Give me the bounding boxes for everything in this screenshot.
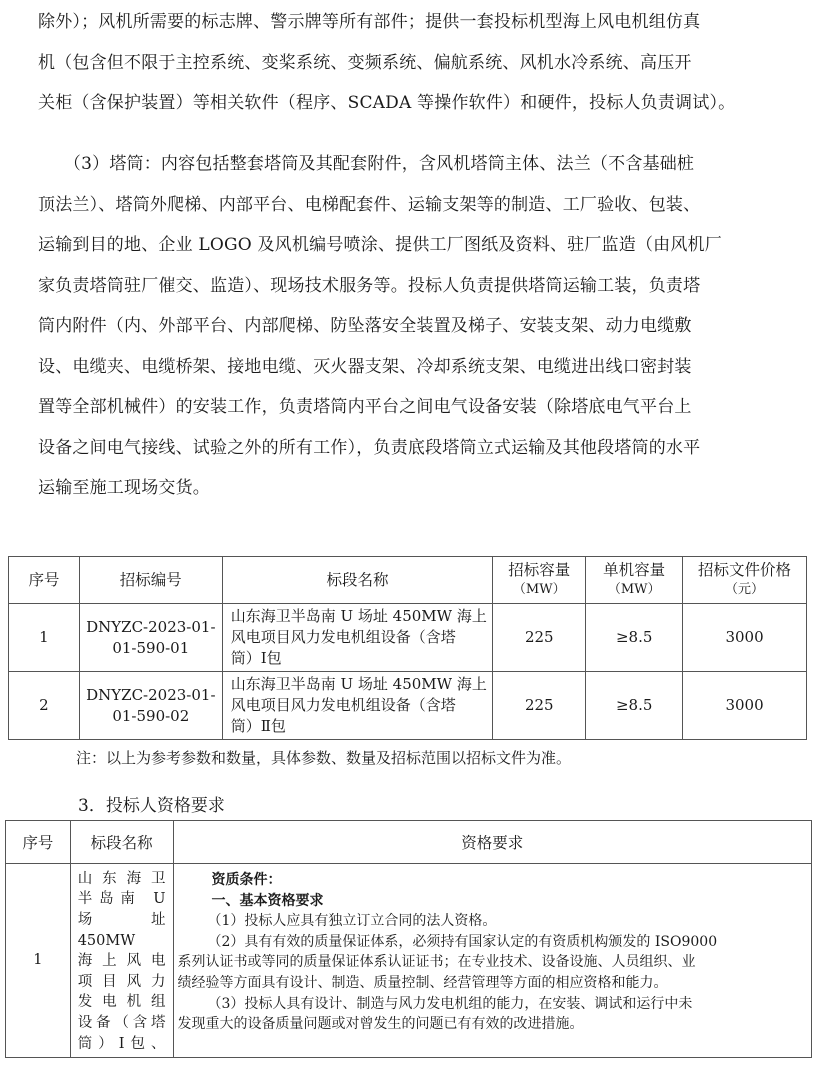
cell-price: 3000	[683, 604, 807, 672]
segment-line: 筒）Ⅰ包、	[78, 1034, 166, 1055]
header-unit: （元）	[683, 580, 806, 600]
header-index: 序号	[6, 821, 71, 864]
name-line: 风电项目风力发电机组设备（含塔	[231, 696, 456, 714]
header-label: 招标文件价格	[698, 561, 791, 579]
req-item-2-cont: 绩经验等方面具有设计、制造、质量控制、经营管理等方面的相应资格和能力。	[178, 973, 807, 994]
table-note: 注：以上为参考参数和数量，具体参数、数量及招标范围以招标文件为准。	[76, 748, 571, 768]
header-lot-name: 标段名称	[70, 821, 173, 864]
table-header-row: 序号 标段名称 资格要求	[6, 821, 812, 864]
header-label: 单机容量	[603, 561, 665, 579]
text-line: 家负责塔筒驻厂催交、监造）、现场技术服务等。投标人负责提供塔筒运输工装，负责塔	[38, 266, 783, 307]
cell-code: DNYZC-2023-01-01-590-02	[79, 672, 222, 740]
section-heading: 3．投标人资格要求	[78, 794, 225, 818]
text-line: 关柜（含保护装置）等相关软件（程序、SCADA 等操作软件）和硬件，投标人负责调…	[38, 83, 783, 124]
name-line: 山东海卫半岛南 U 场址 450MW 海上	[231, 675, 487, 693]
header-unit: （MW）	[586, 580, 682, 600]
text-line: 运输到目的地、企业 LOGO 及风机编号喷涂、提供工厂图纸及资料、驻厂监造（由风…	[38, 225, 783, 266]
text-line: 顶法兰）、塔筒外爬梯、内部平台、电梯配套件、运输支架等的制造、工厂验收、包装、	[38, 185, 783, 226]
text-line: （3）塔筒：内容包括整套塔筒及其配套附件，含风机塔筒主体、法兰（不含基础桩	[38, 144, 783, 185]
segment-line: 设备（含塔	[78, 1013, 166, 1034]
cell-unit-capacity: ≥8.5	[586, 672, 683, 740]
segment-line: 山东海卫	[78, 869, 166, 890]
cell-price: 3000	[683, 672, 807, 740]
qualification-table: 序号 标段名称 资格要求 1 山东海卫 半岛南 U 场址 450MW 海上风电 …	[5, 820, 812, 1058]
text-line: 除外）；风机所需要的标志牌、警示牌等所有部件；提供一套投标机型海上风电机组仿真	[38, 2, 783, 43]
name-line: 筒）Ⅰ包	[231, 649, 282, 667]
code-line: DNYZC-2023-01-	[86, 686, 215, 704]
header-requirements: 资格要求	[173, 821, 811, 864]
header-unit: （MW）	[493, 580, 585, 600]
cell-index: 1	[9, 604, 80, 672]
req-item-1: （1）投标人应具有独立订立合同的法人资格。	[178, 911, 807, 932]
name-line: 筒）Ⅱ包	[231, 717, 286, 735]
segment-line: 发电机组	[78, 992, 166, 1013]
text-line: 机（包含但不限于主控系统、变桨系统、变频系统、偏航系统、风机水冷系统、高压开	[38, 43, 783, 84]
text-line: 筒内附件（内、外部平台、内部爬梯、防坠落安全装置及梯子、安装支架、动力电缆敷	[38, 306, 783, 347]
table-row: 1 DNYZC-2023-01-01-590-01 山东海卫半岛南 U 场址 4…	[9, 604, 807, 672]
cell-requirements: 资质条件： 一、基本资格要求 （1）投标人应具有独立订立合同的法人资格。 （2）…	[173, 864, 811, 1058]
cell-code: DNYZC-2023-01-01-590-01	[79, 604, 222, 672]
header-lot-name: 标段名称	[222, 557, 493, 604]
header-code: 招标编号	[79, 557, 222, 604]
bid-lots-table: 序号 招标编号 标段名称 招标容量（MW） 单机容量（MW） 招标文件价格（元）…	[8, 556, 807, 740]
table-header-row: 序号 招标编号 标段名称 招标容量（MW） 单机容量（MW） 招标文件价格（元）	[9, 557, 807, 604]
header-label: 标段名称	[327, 571, 389, 589]
header-price: 招标文件价格（元）	[683, 557, 807, 604]
name-line: 风电项目风力发电机组设备（含塔	[231, 628, 456, 646]
req-item-3: （3）投标人具有设计、制造与风力发电机组的能力，在安装、调试和运行中未	[178, 994, 807, 1015]
header-capacity: 招标容量（MW）	[493, 557, 586, 604]
header-label: 序号	[28, 571, 59, 589]
table-row: 1 山东海卫 半岛南 U 场址 450MW 海上风电 项目风力 发电机组 设备（…	[6, 864, 812, 1058]
req-title: 资质条件：	[178, 870, 807, 891]
header-index: 序号	[9, 557, 80, 604]
segment-line: 海上风电	[78, 951, 166, 972]
table-row: 2 DNYZC-2023-01-01-590-02 山东海卫半岛南 U 场址 4…	[9, 672, 807, 740]
cell-lot-name: 山东海卫半岛南 U 场址 450MW 海上风电项目风力发电机组设备（含塔筒）Ⅱ包	[222, 672, 493, 740]
code-line: 01-590-01	[112, 639, 189, 657]
cell-index: 1	[6, 864, 71, 1058]
cell-lot-name: 山东海卫 半岛南 U 场址 450MW 海上风电 项目风力 发电机组 设备（含塔…	[70, 864, 173, 1058]
segment-line: 半岛南 U	[78, 889, 166, 910]
text-line: 运输至施工现场交货。	[38, 468, 783, 509]
cell-lot-name: 山东海卫半岛南 U 场址 450MW 海上风电项目风力发电机组设备（含塔筒）Ⅰ包	[222, 604, 493, 672]
req-item-3-cont: 发现重大的设备质量问题或对曾发生的问题已有有效的改进措施。	[178, 1014, 807, 1035]
cell-capacity: 225	[493, 604, 586, 672]
req-item-2-cont: 系列认证书或等同的质量保证体系认证证书；在专业技术、设备设施、人员组织、业	[178, 952, 807, 973]
code-line: DNYZC-2023-01-	[86, 618, 215, 636]
paragraph-scope-continued: 除外）；风机所需要的标志牌、警示牌等所有部件；提供一套投标机型海上风电机组仿真 …	[38, 2, 783, 124]
header-unit-capacity: 单机容量（MW）	[586, 557, 683, 604]
text-line: 设、电缆夹、电缆桥架、接地电缆、灭火器支架、冷却系统支架、电缆进出线口密封装	[38, 347, 783, 388]
segment-line: 场址 450MW	[78, 910, 166, 951]
text-line: 置等全部机械件）的安装工作，负责塔筒内平台之间电气设备安装（除塔底电气平台上	[38, 387, 783, 428]
req-item-2: （2）具有有效的质量保证体系，必须持有国家认定的有资质机构颁发的 ISO9000	[178, 932, 807, 953]
cell-unit-capacity: ≥8.5	[586, 604, 683, 672]
name-line: 山东海卫半岛南 U 场址 450MW 海上	[231, 607, 487, 625]
header-label: 招标编号	[120, 571, 182, 589]
cell-index: 2	[9, 672, 80, 740]
req-subtitle: 一、基本资格要求	[178, 891, 807, 912]
text-line: 设备之间电气接线、试验之外的所有工作），负责底段塔筒立式运输及其他段塔筒的水平	[38, 428, 783, 469]
cell-capacity: 225	[493, 672, 586, 740]
header-label: 招标容量	[508, 561, 570, 579]
code-line: 01-590-02	[112, 707, 189, 725]
paragraph-tower-scope: （3）塔筒：内容包括整套塔筒及其配套附件，含风机塔筒主体、法兰（不含基础桩 顶法…	[38, 144, 783, 509]
segment-line: 项目风力	[78, 972, 166, 993]
